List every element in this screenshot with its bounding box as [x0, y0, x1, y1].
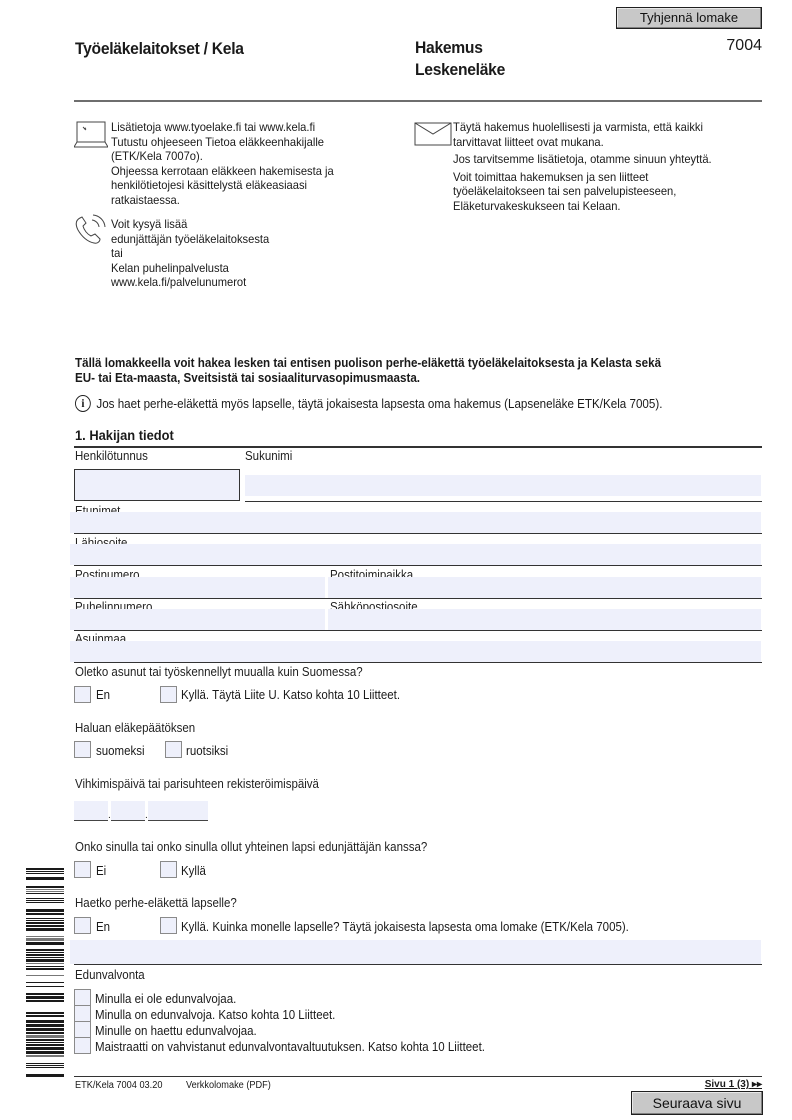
language-finnish-checkbox[interactable]	[74, 741, 91, 758]
info-line: edunjättäjän työeläkelaitoksesta	[111, 232, 269, 247]
common-child-question: Onko sinulla tai onko sinulla ollut yhte…	[75, 840, 427, 854]
form-title-line1: Hakemus	[415, 37, 505, 59]
info-line: Voit toimittaa hakemuksen ja sen liittee…	[453, 170, 712, 185]
abroad-yes-checkbox[interactable]	[160, 686, 177, 703]
info-line: Kelan puhelinpalvelusta	[111, 261, 269, 276]
footer-form-code: ETK/Kela 7004 03.20	[75, 1080, 162, 1091]
first-names-input[interactable]	[70, 512, 761, 533]
info-line: Jos tarvitsemme lisätietoja, otamme sinu…	[453, 152, 712, 167]
info-line: Eläketurvakeskukseen tai Kelaan.	[453, 199, 712, 214]
abroad-no-checkbox[interactable]	[74, 686, 91, 703]
page-indicator-text: Sivu 1 (3)	[705, 1079, 749, 1090]
field-underline	[74, 964, 762, 965]
form-title-line2: Leskeneläke	[415, 59, 505, 81]
common-child-yes-label: Kyllä	[181, 864, 206, 878]
abroad-no-label: En	[96, 688, 110, 702]
common-child-no-checkbox[interactable]	[74, 861, 91, 878]
language-finnish-label: suomeksi	[96, 744, 145, 758]
guardianship-option-2-label: Minulla on edunvalvoja. Katso kohta 10 L…	[95, 1008, 335, 1022]
section-title: 1. Hakijan tiedot	[75, 427, 174, 443]
header-divider	[74, 100, 762, 102]
guardianship-option-3-checkbox[interactable]	[74, 1021, 91, 1038]
footer-divider	[74, 1076, 762, 1077]
info-line: www.kela.fi/palvelunumerot	[111, 275, 269, 290]
guardianship-option-4-checkbox[interactable]	[74, 1037, 91, 1054]
info-website-text: Lisätietoja www.tyoelake.fi tai www.kela…	[111, 120, 334, 207]
guardianship-option-3-label: Minulle on haettu edunvalvojaa.	[95, 1024, 257, 1038]
field-underline	[74, 662, 762, 663]
city-input[interactable]	[328, 577, 761, 598]
laptop-icon	[74, 121, 108, 149]
guardianship-label: Edunvalvonta	[75, 968, 145, 982]
child-pension-question: Haetko perhe-eläkettä lapselle?	[75, 896, 237, 910]
marriage-date-question: Vihkimispäivä tai parisuhteen rekisteröi…	[75, 777, 319, 791]
info-line: Täytä hakemus huolellisesti ja varmista,…	[453, 120, 712, 135]
language-swedish-label: ruotsiksi	[186, 744, 228, 758]
child-pension-no-checkbox[interactable]	[74, 917, 91, 934]
next-page-arrow-icon[interactable]: ▸▸	[752, 1079, 762, 1090]
intro-text: Tällä lomakkeella voit hakea lesken tai …	[75, 356, 661, 386]
country-input[interactable]	[70, 641, 761, 662]
phone-input[interactable]	[70, 609, 325, 630]
language-question: Haluan eläkepäätöksen	[75, 721, 195, 735]
info-line: (ETK/Kela 7007o).	[111, 149, 334, 164]
child-pension-yes-checkbox[interactable]	[160, 917, 177, 934]
info-icon: i	[75, 395, 91, 412]
surname-input[interactable]	[245, 475, 761, 496]
next-page-button[interactable]: Seuraava sivu	[631, 1091, 763, 1115]
ssn-label: Henkilötunnus	[75, 449, 148, 463]
common-child-yes-checkbox[interactable]	[160, 861, 177, 878]
marriage-year-input[interactable]	[148, 801, 208, 821]
postcode-input[interactable]	[70, 577, 325, 598]
child-pension-yes-label: Kyllä. Kuinka monelle lapselle? Täytä jo…	[181, 920, 629, 934]
info-line: tarvittavat liitteet ovat mukana.	[453, 135, 712, 150]
child-note-text: Jos haet perhe-eläkettä myös lapselle, t…	[96, 397, 662, 411]
marriage-month-input[interactable]	[111, 801, 145, 821]
organization-title: Työeläkelaitokset / Kela	[75, 39, 244, 59]
info-submission-text: Täytä hakemus huolellisesti ja varmista,…	[453, 120, 712, 213]
guardianship-option-1-label: Minulla ei ole edunvalvojaa.	[95, 992, 236, 1006]
info-line: Ohjeessa kerrotaan eläkkeen hakemisesta …	[111, 164, 334, 179]
child-note: i Jos haet perhe-eläkettä myös lapselle,…	[75, 395, 662, 412]
info-line: työeläkelaitokseen tai sen palvelupistee…	[453, 184, 712, 199]
info-line: tai	[111, 246, 269, 261]
clear-form-button[interactable]: Tyhjennä lomake	[616, 7, 762, 29]
street-input[interactable]	[70, 544, 761, 565]
guardianship-option-4-label: Maistraatti on vahvistanut edunvalvontav…	[95, 1040, 485, 1054]
info-line: Lisätietoja www.tyoelake.fi tai www.kela…	[111, 120, 334, 135]
info-line: Tutustu ohjeeseen Tietoa eläkkeenhakijal…	[111, 135, 334, 150]
field-underline	[245, 501, 762, 502]
marriage-day-input[interactable]	[74, 801, 108, 821]
field-underline	[74, 630, 762, 631]
child-count-input[interactable]	[70, 940, 761, 964]
intro-line: EU- tai Eta-maasta, Sveitsistä tai sosia…	[75, 371, 661, 386]
barcode-image	[26, 868, 64, 1078]
language-swedish-checkbox[interactable]	[165, 741, 182, 758]
info-phone-text: Voit kysyä lisää edunjättäjän työeläkela…	[111, 217, 269, 290]
email-input[interactable]	[328, 609, 761, 630]
guardianship-option-2-checkbox[interactable]	[74, 1005, 91, 1022]
abroad-question: Oletko asunut tai työskennellyt muualla …	[75, 665, 363, 679]
child-pension-no-label: En	[96, 920, 110, 934]
envelope-icon	[414, 122, 452, 146]
common-child-no-label: Ei	[96, 864, 106, 878]
field-underline	[74, 565, 762, 566]
intro-line: Tällä lomakkeella voit hakea lesken tai …	[75, 356, 661, 371]
field-underline	[74, 598, 762, 599]
guardianship-option-1-checkbox[interactable]	[74, 989, 91, 1006]
info-line: henkilötietojesi käsittelystä eläkeasiaa…	[111, 178, 334, 193]
footer-form-type: Verkkolomake (PDF)	[186, 1080, 271, 1091]
page-indicator: Sivu 1 (3) ▸▸	[705, 1079, 762, 1090]
phone-icon	[74, 214, 108, 246]
info-line: ratkaistaessa.	[111, 193, 334, 208]
abroad-yes-label: Kyllä. Täytä Liite U. Katso kohta 10 Lii…	[181, 688, 400, 702]
form-number: 7004	[726, 37, 762, 55]
field-underline	[74, 533, 762, 534]
info-line: Voit kysyä lisää	[111, 217, 269, 232]
ssn-input[interactable]	[74, 469, 240, 501]
section-divider	[74, 446, 762, 448]
surname-label: Sukunimi	[245, 449, 292, 463]
form-title: Hakemus Leskeneläke	[415, 37, 505, 81]
